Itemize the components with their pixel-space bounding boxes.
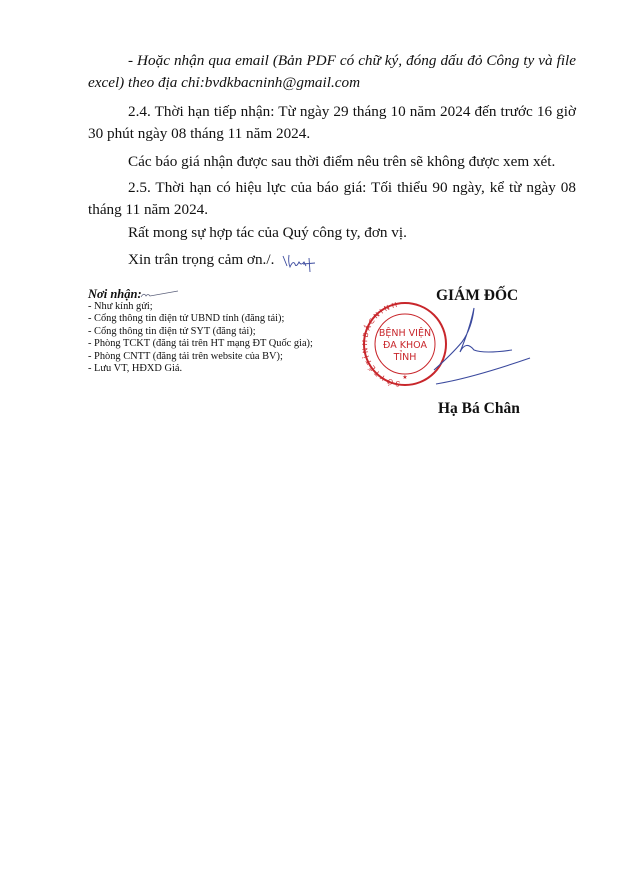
official-stamp-icon: S Ở Y T Ế T Ỉ N H B Ắ C N I N H BỆNH VIỆ… <box>362 298 532 398</box>
recipient-item: - Phòng TCKT (đăng tải trên HT mạng ĐT Q… <box>88 338 378 350</box>
svg-text:TỈNH: TỈNH <box>393 351 417 363</box>
recipient-item: - Như kính gửi; <box>88 301 378 313</box>
deadline-paragraph: 2.4. Thời hạn tiếp nhận: Từ ngày 29 thán… <box>88 101 576 144</box>
svg-text:★: ★ <box>402 374 407 381</box>
cooperation-paragraph: Rất mong sự hợp tác của Quý công ty, đơn… <box>88 222 576 244</box>
recipient-item: - Phòng CNTT (đăng tải trên website của … <box>88 351 378 363</box>
recipients-initial-icon <box>140 288 180 300</box>
email-option-paragraph: - Hoặc nhận qua email (Bản PDF có chữ ký… <box>88 50 576 93</box>
initial-signature-icon <box>281 252 317 274</box>
recipient-item: - Lưu VT, HĐXD Giá. <box>88 363 378 375</box>
recipients-block: Nơi nhận: - Như kính gửi; - Cổng thông t… <box>88 287 378 375</box>
svg-text:ĐA KHOA: ĐA KHOA <box>383 340 427 351</box>
recipient-item: - Cổng thông tin điện tử SYT (đăng tải); <box>88 326 378 338</box>
svg-text:BỆNH VIỆN: BỆNH VIỆN <box>379 327 431 339</box>
recipient-item: - Cổng thông tin điện tử UBND tỉnh (đăng… <box>88 313 378 325</box>
late-notice-paragraph: Các báo giá nhận được sau thời điểm nêu … <box>88 151 576 173</box>
recipients-title: Nơi nhận: <box>88 287 378 301</box>
validity-paragraph: 2.5. Thời hạn có hiệu lực của báo giá: T… <box>88 177 576 220</box>
signer-name: Hạ Bá Chân <box>438 400 520 418</box>
thanks-paragraph: Xin trân trọng cảm ơn./. <box>88 249 576 271</box>
